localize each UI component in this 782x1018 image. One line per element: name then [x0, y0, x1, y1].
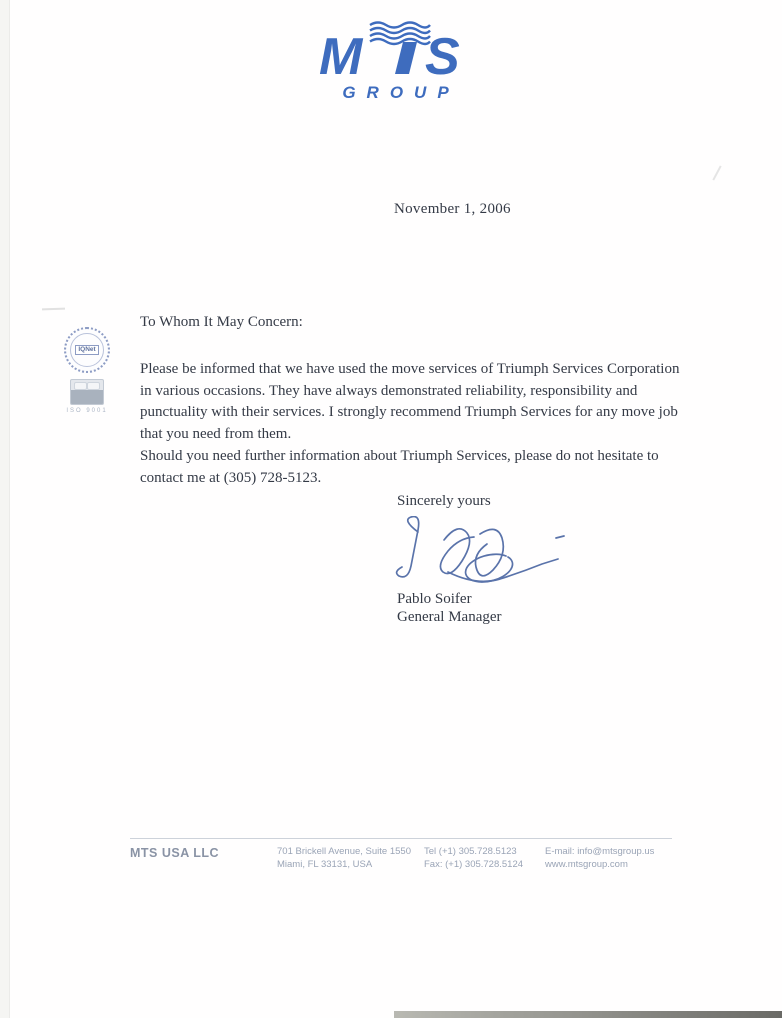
- certification-seal: IQNet ISO 9001: [60, 327, 114, 414]
- signer-title: General Manager: [397, 609, 502, 626]
- footer-company-name: MTS USA LLC: [130, 847, 219, 860]
- footer-fax: Fax: (+1) 305.728.5124: [424, 858, 523, 871]
- footer-website: www.mtsgroup.com: [545, 858, 654, 871]
- body-paragraph-2: Should you need further information abou…: [140, 446, 680, 489]
- handwritten-signature: [388, 516, 568, 599]
- seal-center-label: IQNet: [75, 345, 98, 355]
- footer-web: E-mail: info@mtsgroup.us www.mtsgroup.co…: [545, 845, 654, 871]
- certification-ring-icon: IQNet: [64, 327, 110, 373]
- body-paragraph-1: Please be informed that we have used the…: [140, 359, 680, 445]
- logo-wave-lines: [370, 23, 430, 45]
- certification-ring-inner: IQNet: [70, 333, 104, 367]
- logo-letter-t-stem: [395, 42, 417, 74]
- logo-subtext: GROUP: [342, 83, 459, 102]
- letter-date: November 1, 2006: [394, 201, 511, 218]
- mts-group-logo: M S GROUP: [313, 12, 489, 104]
- footer-email: E-mail: info@mtsgroup.us: [545, 845, 654, 858]
- logo-letter-m: M: [319, 28, 364, 86]
- scan-edge-artifact: [0, 0, 10, 1018]
- footer-divider: [130, 838, 672, 839]
- signature-icon: [388, 516, 568, 594]
- letter-closing: Sincerely yours: [397, 493, 491, 510]
- pen-mark-artifact: [712, 165, 721, 180]
- scanned-letter-page: M S GROUP November 1, 2006 To Whom It Ma…: [0, 0, 782, 1018]
- footer-tel: Tel (+1) 305.728.5123: [424, 845, 523, 858]
- seal-iso-label: ISO 9001: [60, 408, 114, 414]
- footer-address: 701 Brickell Avenue, Suite 1550 Miami, F…: [277, 845, 411, 871]
- certification-badge-icon: [70, 379, 104, 405]
- mts-logo-graphic: M S GROUP: [313, 12, 489, 104]
- footer-address-line-2: Miami, FL 33131, USA: [277, 858, 411, 871]
- footer-address-line-1: 701 Brickell Avenue, Suite 1550: [277, 845, 411, 858]
- letter-salutation: To Whom It May Concern:: [140, 314, 303, 331]
- scan-edge-artifact-bottom: [394, 1011, 782, 1018]
- signer-name: Pablo Soifer: [397, 591, 472, 608]
- footer-phone: Tel (+1) 305.728.5123 Fax: (+1) 305.728.…: [424, 845, 523, 871]
- pencil-mark-artifact: [42, 308, 65, 311]
